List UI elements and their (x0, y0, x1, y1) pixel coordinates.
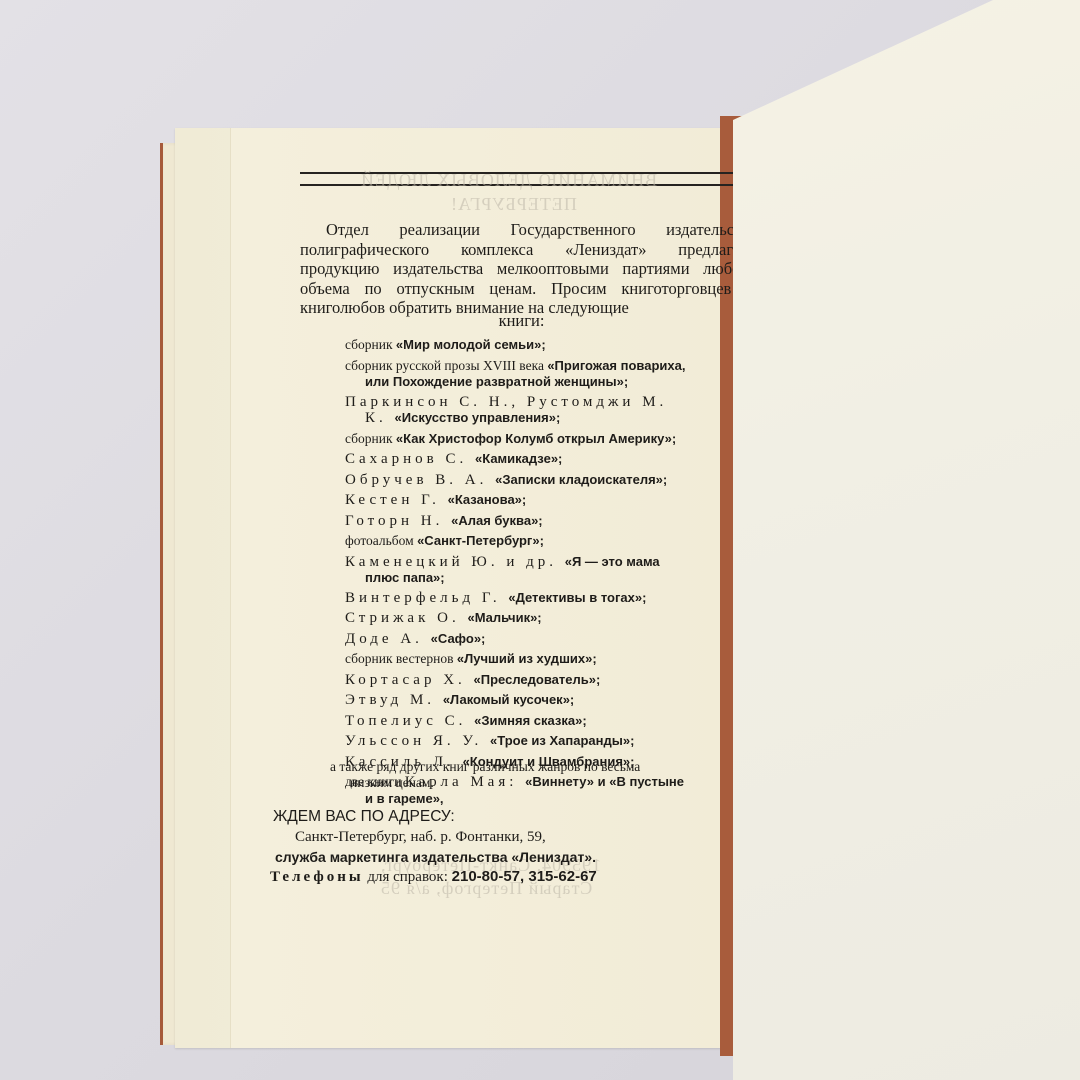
book-list: сборник «Мир молодой семьи»; сборник рус… (345, 337, 690, 810)
phones-label: Телефоны (270, 869, 364, 885)
books-heading: книги: (230, 311, 733, 331)
list-item: Кестен Г. «Казанова»; (345, 492, 690, 509)
list-item: сборник вестернов «Лучший из худших»; (345, 651, 690, 668)
closing-text: а также ряд других книг различных жанров… (330, 759, 675, 790)
phones-line: Телефоны для справок: 210-80-57, 315-62-… (270, 867, 730, 887)
list-item: фотоальбом «Санкт-Петербург»; (345, 533, 690, 550)
list-item: сборник «Мир молодой семьи»; (345, 337, 690, 354)
address-department: служба маркетинга издательства «Лениздат… (275, 847, 730, 867)
list-item: Сахарнов С. «Камикадзе»; (345, 451, 690, 468)
right-page-blank[interactable] (733, 0, 1080, 1080)
list-item: Топелиус С. «Зимняя сказка»; (345, 713, 690, 730)
list-item: Стрижак О. «Мальчик»; (345, 610, 690, 627)
list-item: Готорн Н. «Алая буква»; (345, 513, 690, 530)
address-block: ЖДЕМ ВАС ПО АДРЕСУ: Санкт-Петербург, наб… (270, 807, 730, 887)
list-item: Кортасар Х. «Преследователь»; (345, 672, 690, 689)
list-item: Доде А. «Сафо»; (345, 631, 690, 648)
list-item: Этвуд М. «Лакомый кусочек»; (345, 692, 690, 709)
intro-text: Отдел реализации Государственного издате… (300, 220, 733, 318)
bleedthrough-heading-1: ВНИМАНИЮ ДЕЛОВЫХ ЛЮДЕЙ (360, 170, 657, 191)
address-heading: ЖДЕМ ВАС ПО АДРЕСУ: (273, 807, 730, 827)
bleedthrough-heading-2: ПЕТЕРБУРГА! (450, 194, 577, 215)
phones-for: для справок: (364, 869, 452, 885)
address-street: Санкт-Петербург, наб. р. Фонтанки, 59, (295, 827, 730, 847)
page-text: ВНИМАНИЮ ДЕЛОВЫХ ЛЮДЕЙ ПЕТЕРБУРГА! 19590… (230, 160, 733, 1040)
list-item: сборник русской прозы XVIII века «Пригож… (345, 358, 690, 390)
list-item: Обручев В. А. «Записки кладоискателя»; (345, 472, 690, 489)
list-item: Винтерфельд Г. «Детективы в тогах»; (345, 590, 690, 607)
list-item: Ульссон Я. У. «Трое из Хапаранды»; (345, 733, 690, 750)
list-item: Каменецкий Ю. и др. «Я — это мама плюс п… (345, 554, 690, 586)
phone-numbers: 210-80-57, 315-62-67 (452, 868, 597, 885)
intro-paragraph: Отдел реализации Государственного издате… (300, 220, 733, 318)
list-item: сборник «Как Христофор Колумб открыл Аме… (345, 431, 690, 448)
list-item: Паркинсон С. Н., Рустомджи М. К. «Искусс… (345, 394, 690, 427)
